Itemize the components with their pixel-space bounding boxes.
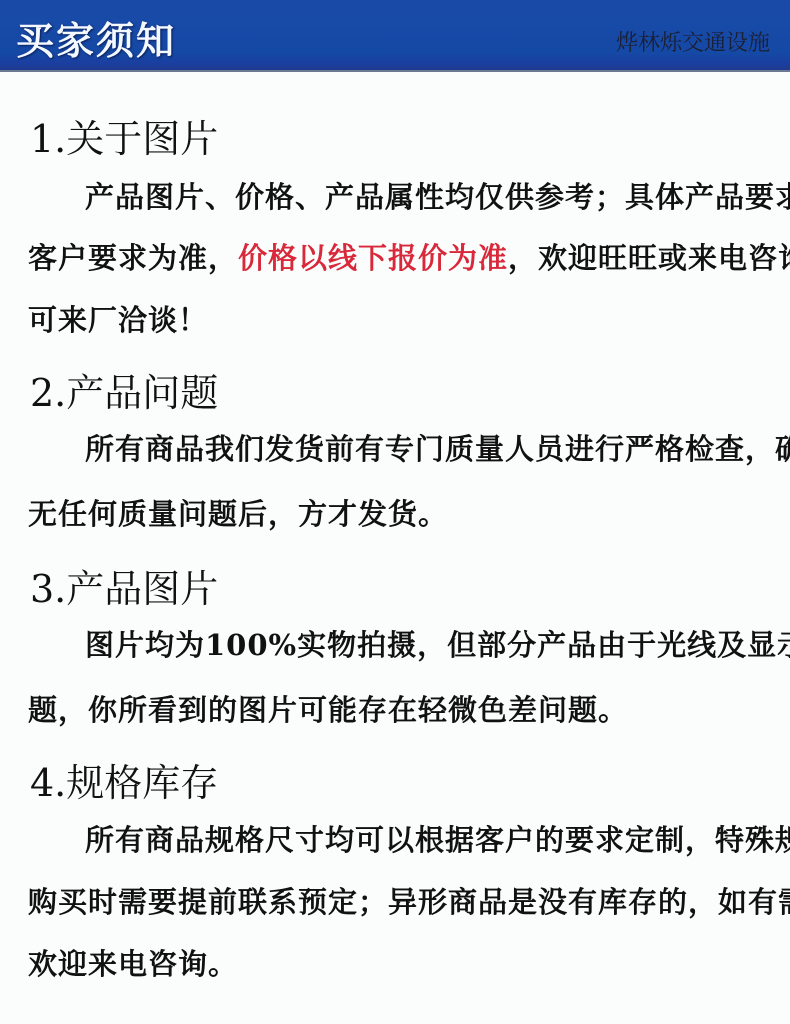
section-heading-about-images: 1.关于图片 [30,108,218,163]
section-1-line-2-prefix: 客户要求为准， [28,241,238,275]
section-4-line-3: 欢迎来电咨询。 [28,942,238,983]
section-3-line-1: 图片均为100%实物拍摄，但部分产品由于光线及显示器问 [85,623,790,664]
section-1-line-1: 产品图片、价格、产品属性均仅供参考；具体产品要求以 [85,175,790,216]
section-1-line-3: 可来厂洽谈！ [28,298,208,339]
page-title: 买家须知 [16,10,176,65]
section-1-line-2: 客户要求为准，价格以线下报价为准，欢迎旺旺或来电咨询，也 [28,236,790,277]
header-banner: 买家须知 烨林烁交通设施 [0,0,790,72]
section-4-line-2: 购买时需要提前联系预定；异形商品是没有库存的，如有需要， [28,880,790,921]
section-heading-product-issues: 2.产品问题 [30,362,218,417]
section-1-line-2-suffix: ，欢迎旺旺或来电咨询，也 [508,241,790,275]
price-notice-highlight: 价格以线下报价为准 [238,241,508,275]
section-2-line-1: 所有商品我们发货前有专门质量人员进行严格检查，确保 [85,427,790,468]
section-4-line-1: 所有商品规格尺寸均可以根据客户的要求定制，特殊规格 [85,818,790,859]
section-3-line-2: 题，你所看到的图片可能存在轻微色差问题。 [28,688,628,729]
section-heading-specs-stock: 4.规格库存 [30,752,218,807]
section-heading-product-photos: 3.产品图片 [30,558,218,613]
section-2-line-2: 无任何质量问题后，方才发货。 [28,492,448,533]
brand-name: 烨林烁交通设施 [616,26,770,57]
